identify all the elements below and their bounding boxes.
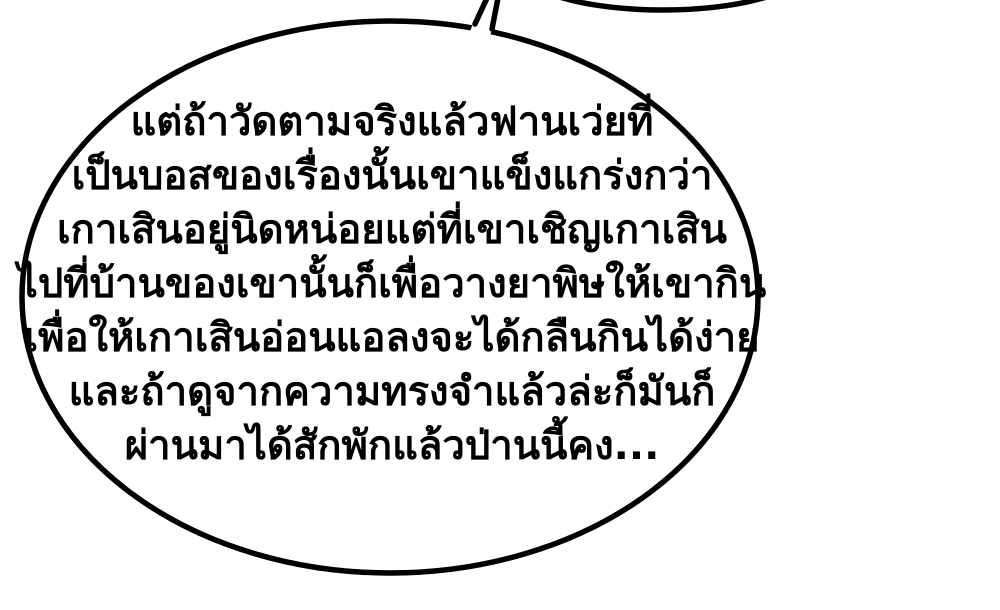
bubble-text-line: ไปที่บ้านของเขานั้นก็เพื่อวางยาพิษให้เขา… bbox=[0, 257, 784, 311]
bubble-text-line: และถ้าดูจากความทรงจำแล้วล่ะก็มันก็ bbox=[0, 365, 784, 419]
bubble-text-line: แต่ถ้าวัดตามจริงแล้วฟานเว่ยที่ bbox=[0, 95, 784, 149]
bubble-text-line: เป็นบอสของเรื่องนั้นเขาแข็งแกร่งกว่า bbox=[0, 149, 784, 203]
bubble-text: แต่ถ้าวัดตามจริงแล้วฟานเว่ยที่ เป็นบอสขอ… bbox=[0, 95, 784, 473]
bubble-text-line: ผ่านมาได้สักพักแล้วป่านนี้คง... bbox=[0, 419, 784, 473]
partial-bubble-top-right bbox=[523, 0, 803, 10]
bubble-text-line: เกาเสินอยู่นิดหน่อยแต่ที่เขาเชิญเกาเสิน bbox=[0, 203, 784, 257]
comic-panel: แต่ถ้าวัดตามจริงแล้วฟานเว่ยที่ เป็นบอสขอ… bbox=[0, 0, 1000, 610]
bubble-text-line: เพื่อให้เกาเสินอ่อนแอลงจะได้กลืนกินได้ง่… bbox=[0, 311, 784, 365]
